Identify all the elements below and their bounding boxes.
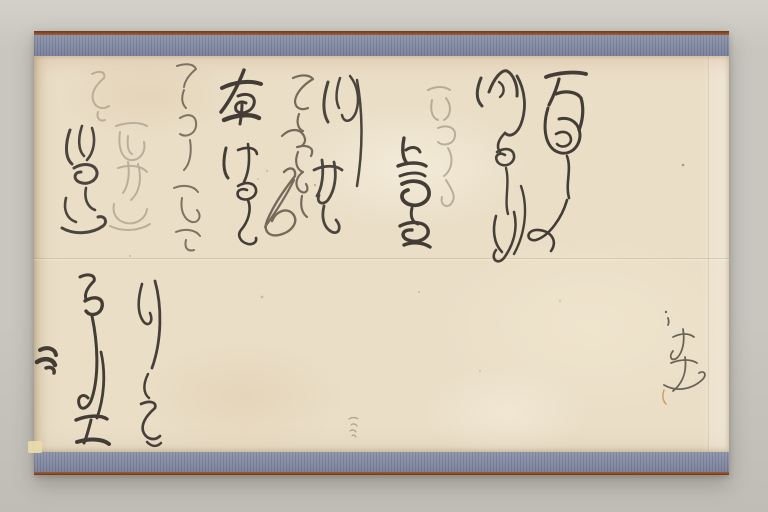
scroll-photograph [0,0,768,512]
mounting-silk-bottom [34,452,729,472]
handscroll [34,31,729,475]
mounting-silk-top [34,35,729,56]
paper-corner-patch [28,441,42,453]
paper-seam-vertical [708,56,709,452]
scroll-frame-edge-bottom [34,472,729,475]
paper-crease-horizontal [34,258,729,259]
paper-sheet [34,56,729,452]
